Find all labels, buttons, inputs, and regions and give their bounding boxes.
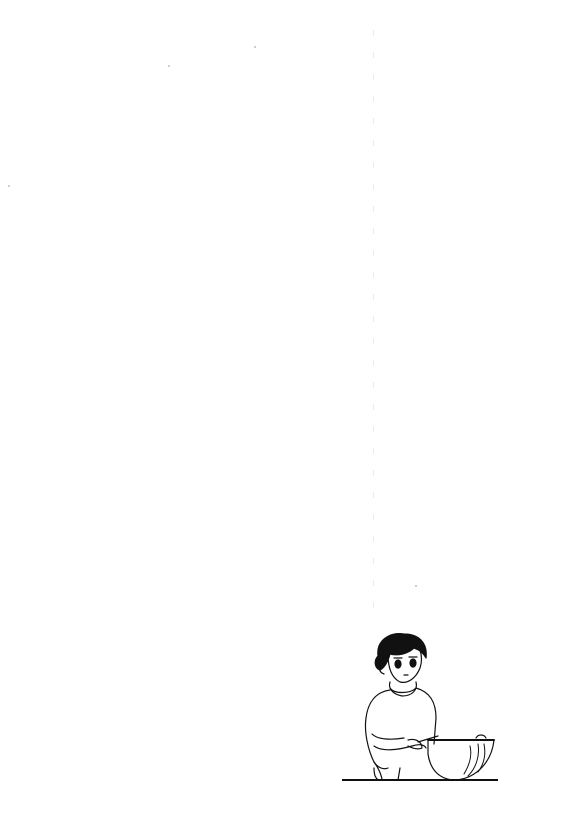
scan-speck <box>254 46 256 48</box>
girl-with-bowl-illustration <box>338 628 502 784</box>
manga-page <box>0 0 572 832</box>
scan-speck <box>168 65 170 67</box>
faint-gutter-line <box>373 30 374 610</box>
scan-speck <box>415 585 417 587</box>
scan-speck <box>8 185 10 187</box>
